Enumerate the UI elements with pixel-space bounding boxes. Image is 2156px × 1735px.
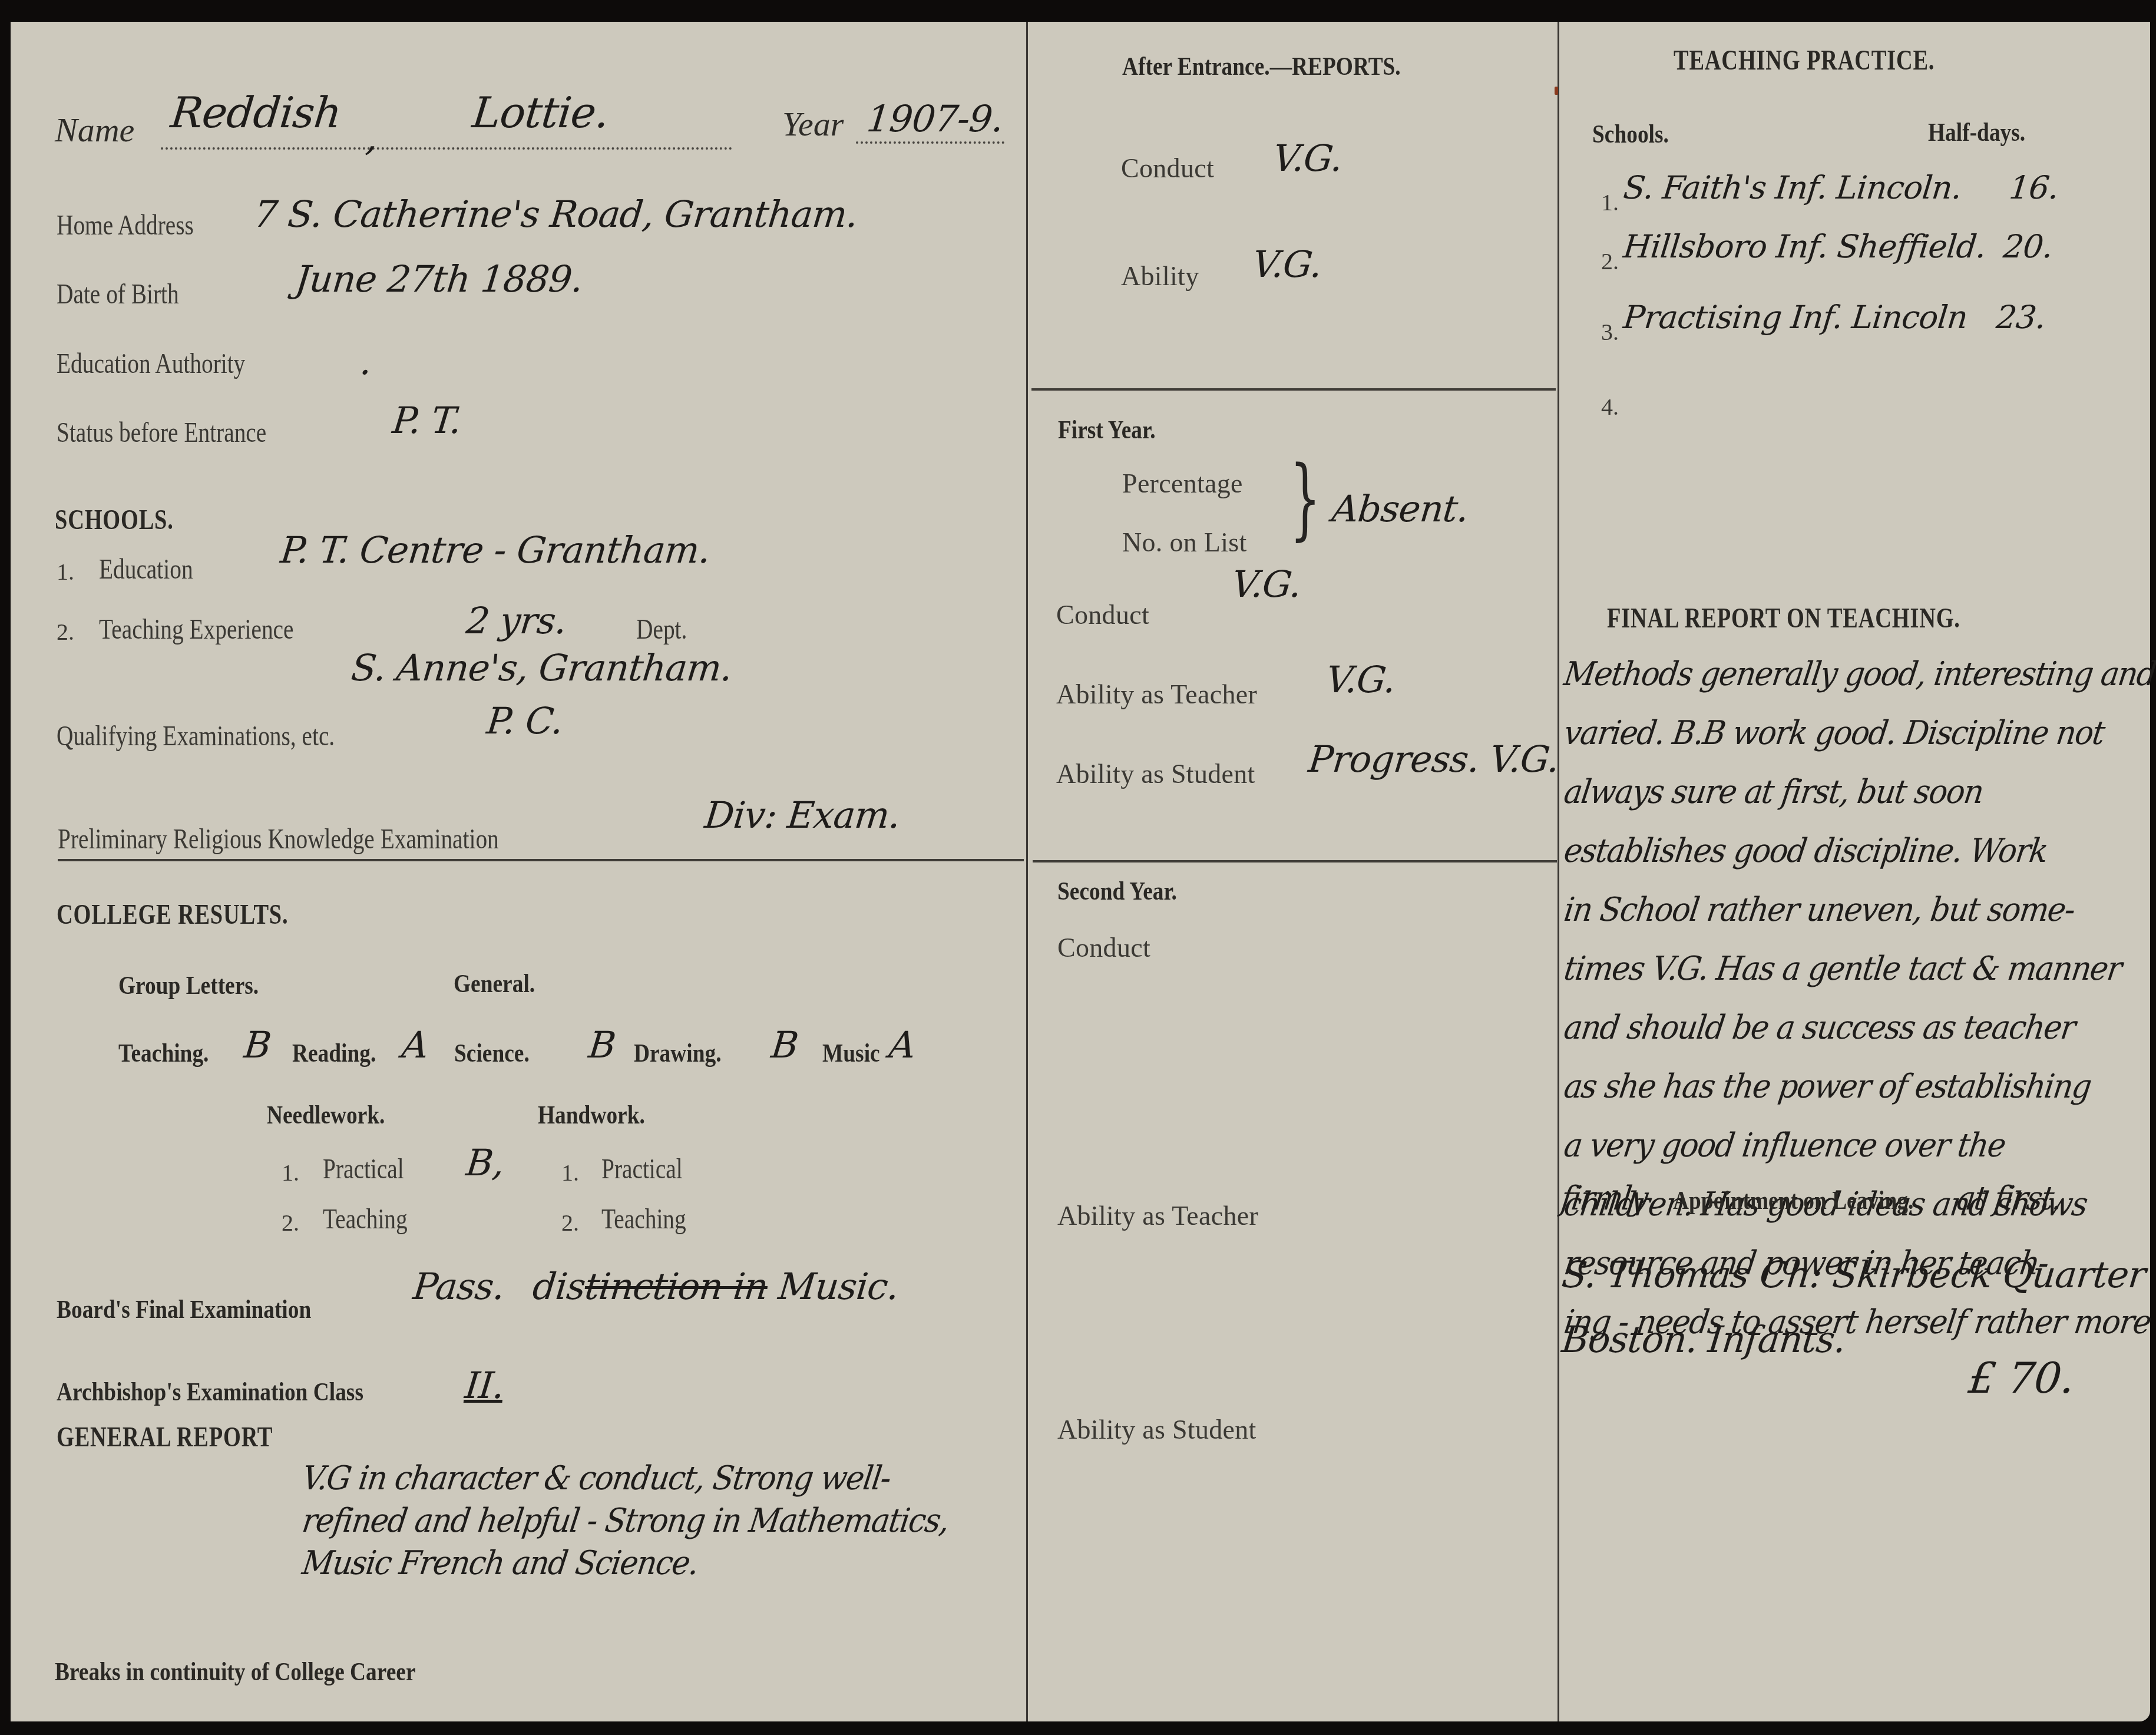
handwork-label: Handwork. xyxy=(538,1100,645,1130)
given-name-value: Lottie. xyxy=(470,88,611,137)
needlework-practical-label: Practical xyxy=(323,1153,404,1185)
boards-final-dis: dis xyxy=(531,1265,587,1308)
surname-comma: , xyxy=(364,116,379,159)
general-report-line: V.G in character & conduct, Strong well- xyxy=(299,1459,951,1502)
brace-icon: } xyxy=(1289,455,1320,543)
final-report-line: always sure at first, but soon xyxy=(1559,773,2156,832)
general-report-label: GENERAL REPORT xyxy=(57,1421,273,1453)
subject-label-science: Science. xyxy=(454,1038,530,1068)
subject-grade-music: A xyxy=(887,1023,917,1066)
first-ability-student-value: Progress. V.G. xyxy=(1307,738,1561,781)
needlework-teaching-num: 2. xyxy=(282,1209,299,1237)
subject-label-reading: Reading. xyxy=(292,1038,376,1068)
final-report-heading: FINAL REPORT ON TEACHING. xyxy=(1607,602,1960,634)
final-report-last-line: firmly xyxy=(1559,1179,1649,1218)
first-conduct-value: V.G. xyxy=(1230,563,1303,606)
practice-row-halfdays: 23. xyxy=(1995,299,2048,336)
final-report-line: times V.G. Has a gentle tact & manner xyxy=(1559,950,2156,1009)
boards-final-pass: Pass. xyxy=(411,1265,507,1308)
second-conduct-label: Conduct xyxy=(1057,932,1150,963)
schools-column-header: Schools. xyxy=(1592,119,1669,149)
appointment-salary: £ 70. xyxy=(1966,1353,2076,1403)
education-num: 1. xyxy=(57,558,74,586)
breaks-label: Breaks in continuity of College Career xyxy=(55,1657,416,1687)
home-address-label: Home Address xyxy=(57,209,194,242)
qualifying-label: Qualifying Examinations, etc. xyxy=(57,720,335,752)
no-on-list-label: No. on List xyxy=(1122,527,1247,558)
dept-label: Dept. xyxy=(636,613,687,646)
practice-row-halfdays: 16. xyxy=(2008,169,2061,206)
final-report-suffix: at first. xyxy=(1955,1179,2064,1218)
dob-label: Date of Birth xyxy=(57,278,179,310)
left-section-divider xyxy=(58,859,1024,861)
year-label: Year xyxy=(782,104,844,144)
final-report-line: a very good influence over the xyxy=(1559,1126,2156,1185)
college-results-heading: COLLEGE RESULTS. xyxy=(57,898,288,931)
subject-label-drawing: Drawing. xyxy=(634,1038,722,1068)
after-conduct-label: Conduct xyxy=(1121,153,1214,184)
teaching-exp-value: 2 yrs. xyxy=(464,599,568,642)
appointment-line-2: Boston. Infants. xyxy=(1560,1318,1848,1361)
subject-label-teaching: Teaching. xyxy=(118,1038,209,1068)
middle-top-divider xyxy=(1031,388,1556,391)
first-year-heading: First Year. xyxy=(1058,415,1155,445)
home-address-value: 7 S. Catherine's Road, Grantham. xyxy=(252,193,860,236)
group-letters-label: Group Letters. xyxy=(118,970,259,1000)
practice-row-num: 1. xyxy=(1601,189,1619,216)
general-report-line: refined and helpful - Strong in Mathemat… xyxy=(299,1502,951,1544)
teaching-exp-num: 2. xyxy=(57,618,74,646)
after-conduct-value: V.G. xyxy=(1271,137,1344,180)
appointment-label: Appointment on Leaving. xyxy=(1673,1185,1913,1215)
surname-value: Reddish xyxy=(168,88,343,137)
second-year-heading: Second Year. xyxy=(1057,876,1177,906)
subject-grade-science: B xyxy=(587,1023,617,1066)
first-ability-student-label: Ability as Student xyxy=(1056,758,1255,789)
archbishop-label: Archbishop's Examination Class xyxy=(57,1377,363,1407)
practice-row-num: 2. xyxy=(1601,247,1619,275)
practice-row-num: 4. xyxy=(1601,393,1619,421)
religious-value: Div: Exam. xyxy=(703,794,902,837)
first-conduct-label: Conduct xyxy=(1056,599,1149,630)
practice-row-school: S. Faith's Inf. Lincoln. xyxy=(1622,169,1963,206)
percentage-label: Percentage xyxy=(1122,468,1243,499)
after-ability-value: V.G. xyxy=(1251,243,1324,286)
after-entrance-heading: After Entrance.—REPORTS. xyxy=(1122,51,1401,81)
boards-final-value: Pass. distinction in Music. xyxy=(411,1265,901,1308)
second-ability-teacher-label: Ability as Teacher xyxy=(1057,1200,1258,1231)
after-entrance-heading-right: —REPORTS. xyxy=(1270,52,1401,81)
needlework-label: Needlework. xyxy=(267,1100,385,1130)
subject-grade-drawing: B xyxy=(769,1023,800,1066)
qualifying-value: P. C. xyxy=(485,699,565,742)
name-label: Name xyxy=(55,110,134,150)
final-report-line: varied. B.B work good. Discipline not xyxy=(1559,714,2156,773)
practice-row-halfdays: 20. xyxy=(2002,228,2055,265)
percentage-value: Absent. xyxy=(1330,487,1470,530)
handwork-practical-label: Practical xyxy=(601,1153,683,1185)
education-authority-label: Education Authority xyxy=(57,348,245,380)
handwork-practical-num: 1. xyxy=(561,1159,579,1187)
after-ability-label: Ability xyxy=(1121,260,1199,292)
boards-final-subject: Music. xyxy=(776,1265,901,1308)
archbishop-value: II. xyxy=(463,1364,506,1407)
status-value: P. T. xyxy=(391,399,463,442)
practice-row-num: 3. xyxy=(1601,318,1619,346)
first-ability-teacher-value: V.G. xyxy=(1324,658,1397,701)
education-label: Education xyxy=(99,553,193,586)
subject-grade-reading: A xyxy=(400,1023,430,1066)
final-report-line: as she has the power of establishing xyxy=(1559,1068,2156,1126)
boards-final-struck: tinction in xyxy=(583,1265,770,1308)
education-value: P. T. Centre - Grantham. xyxy=(279,528,712,571)
year-dotted-line xyxy=(856,141,1004,144)
education-authority-value: . xyxy=(358,340,373,383)
final-report-line: Methods generally good, interesting and xyxy=(1559,655,2156,714)
practice-row-school: Hillsboro Inf. Sheffield. xyxy=(1622,228,1988,265)
needlework-practical-num: 1. xyxy=(282,1159,299,1187)
middle-bottom-divider xyxy=(1033,860,1557,862)
general-label: General. xyxy=(454,969,535,999)
needlework-practical-grade: B, xyxy=(464,1141,506,1184)
halfdays-column-header: Half-days. xyxy=(1928,117,2025,147)
religious-label: Preliminary Religious Knowledge Examinat… xyxy=(58,823,499,855)
teaching-exp-label: Teaching Experience xyxy=(99,613,294,646)
second-ability-student-label: Ability as Student xyxy=(1057,1414,1256,1445)
name-dotted-line xyxy=(161,147,732,150)
boards-final-label: Board's Final Examination xyxy=(57,1294,311,1324)
first-ability-teacher-label: Ability as Teacher xyxy=(1056,679,1257,710)
dept-value: S. Anne's, Grantham. xyxy=(349,646,734,689)
year-value: 1907-9. xyxy=(865,97,1006,140)
dob-value: June 27th 1889. xyxy=(293,257,585,300)
teaching-practice-heading: TEACHING PRACTICE. xyxy=(1674,44,1935,77)
general-report-line: Music French and Science. xyxy=(299,1544,951,1587)
needlework-teaching-label: Teaching xyxy=(323,1203,408,1235)
subject-grade-teaching: B xyxy=(242,1023,273,1066)
handwork-teaching-label: Teaching xyxy=(601,1203,686,1235)
student-record-card: Name Reddish , Lottie. Year 1907-9. Home… xyxy=(11,22,2150,1721)
column-divider-left xyxy=(1026,22,1028,1721)
appointment-line-1: S. Thomas Ch: Skirbeck Quarter xyxy=(1560,1253,2148,1296)
handwork-teaching-num: 2. xyxy=(561,1209,579,1237)
subject-label-music: Music xyxy=(822,1038,880,1068)
practice-row-school: Practising Inf. Lincoln xyxy=(1622,299,1969,336)
status-label: Status before Entrance xyxy=(57,417,266,449)
after-entrance-heading-left: After Entrance. xyxy=(1122,52,1270,81)
final-report-line: and should be a success as teacher xyxy=(1559,1009,2156,1068)
schools-heading: SCHOOLS. xyxy=(55,504,174,536)
final-report-line: in School rather uneven, but some- xyxy=(1559,891,2156,950)
general-report-text: V.G in character & conduct, Strong well-… xyxy=(299,1459,994,1587)
red-mark xyxy=(1555,87,1558,95)
final-report-line: establishes good discipline. Work xyxy=(1559,832,2156,891)
